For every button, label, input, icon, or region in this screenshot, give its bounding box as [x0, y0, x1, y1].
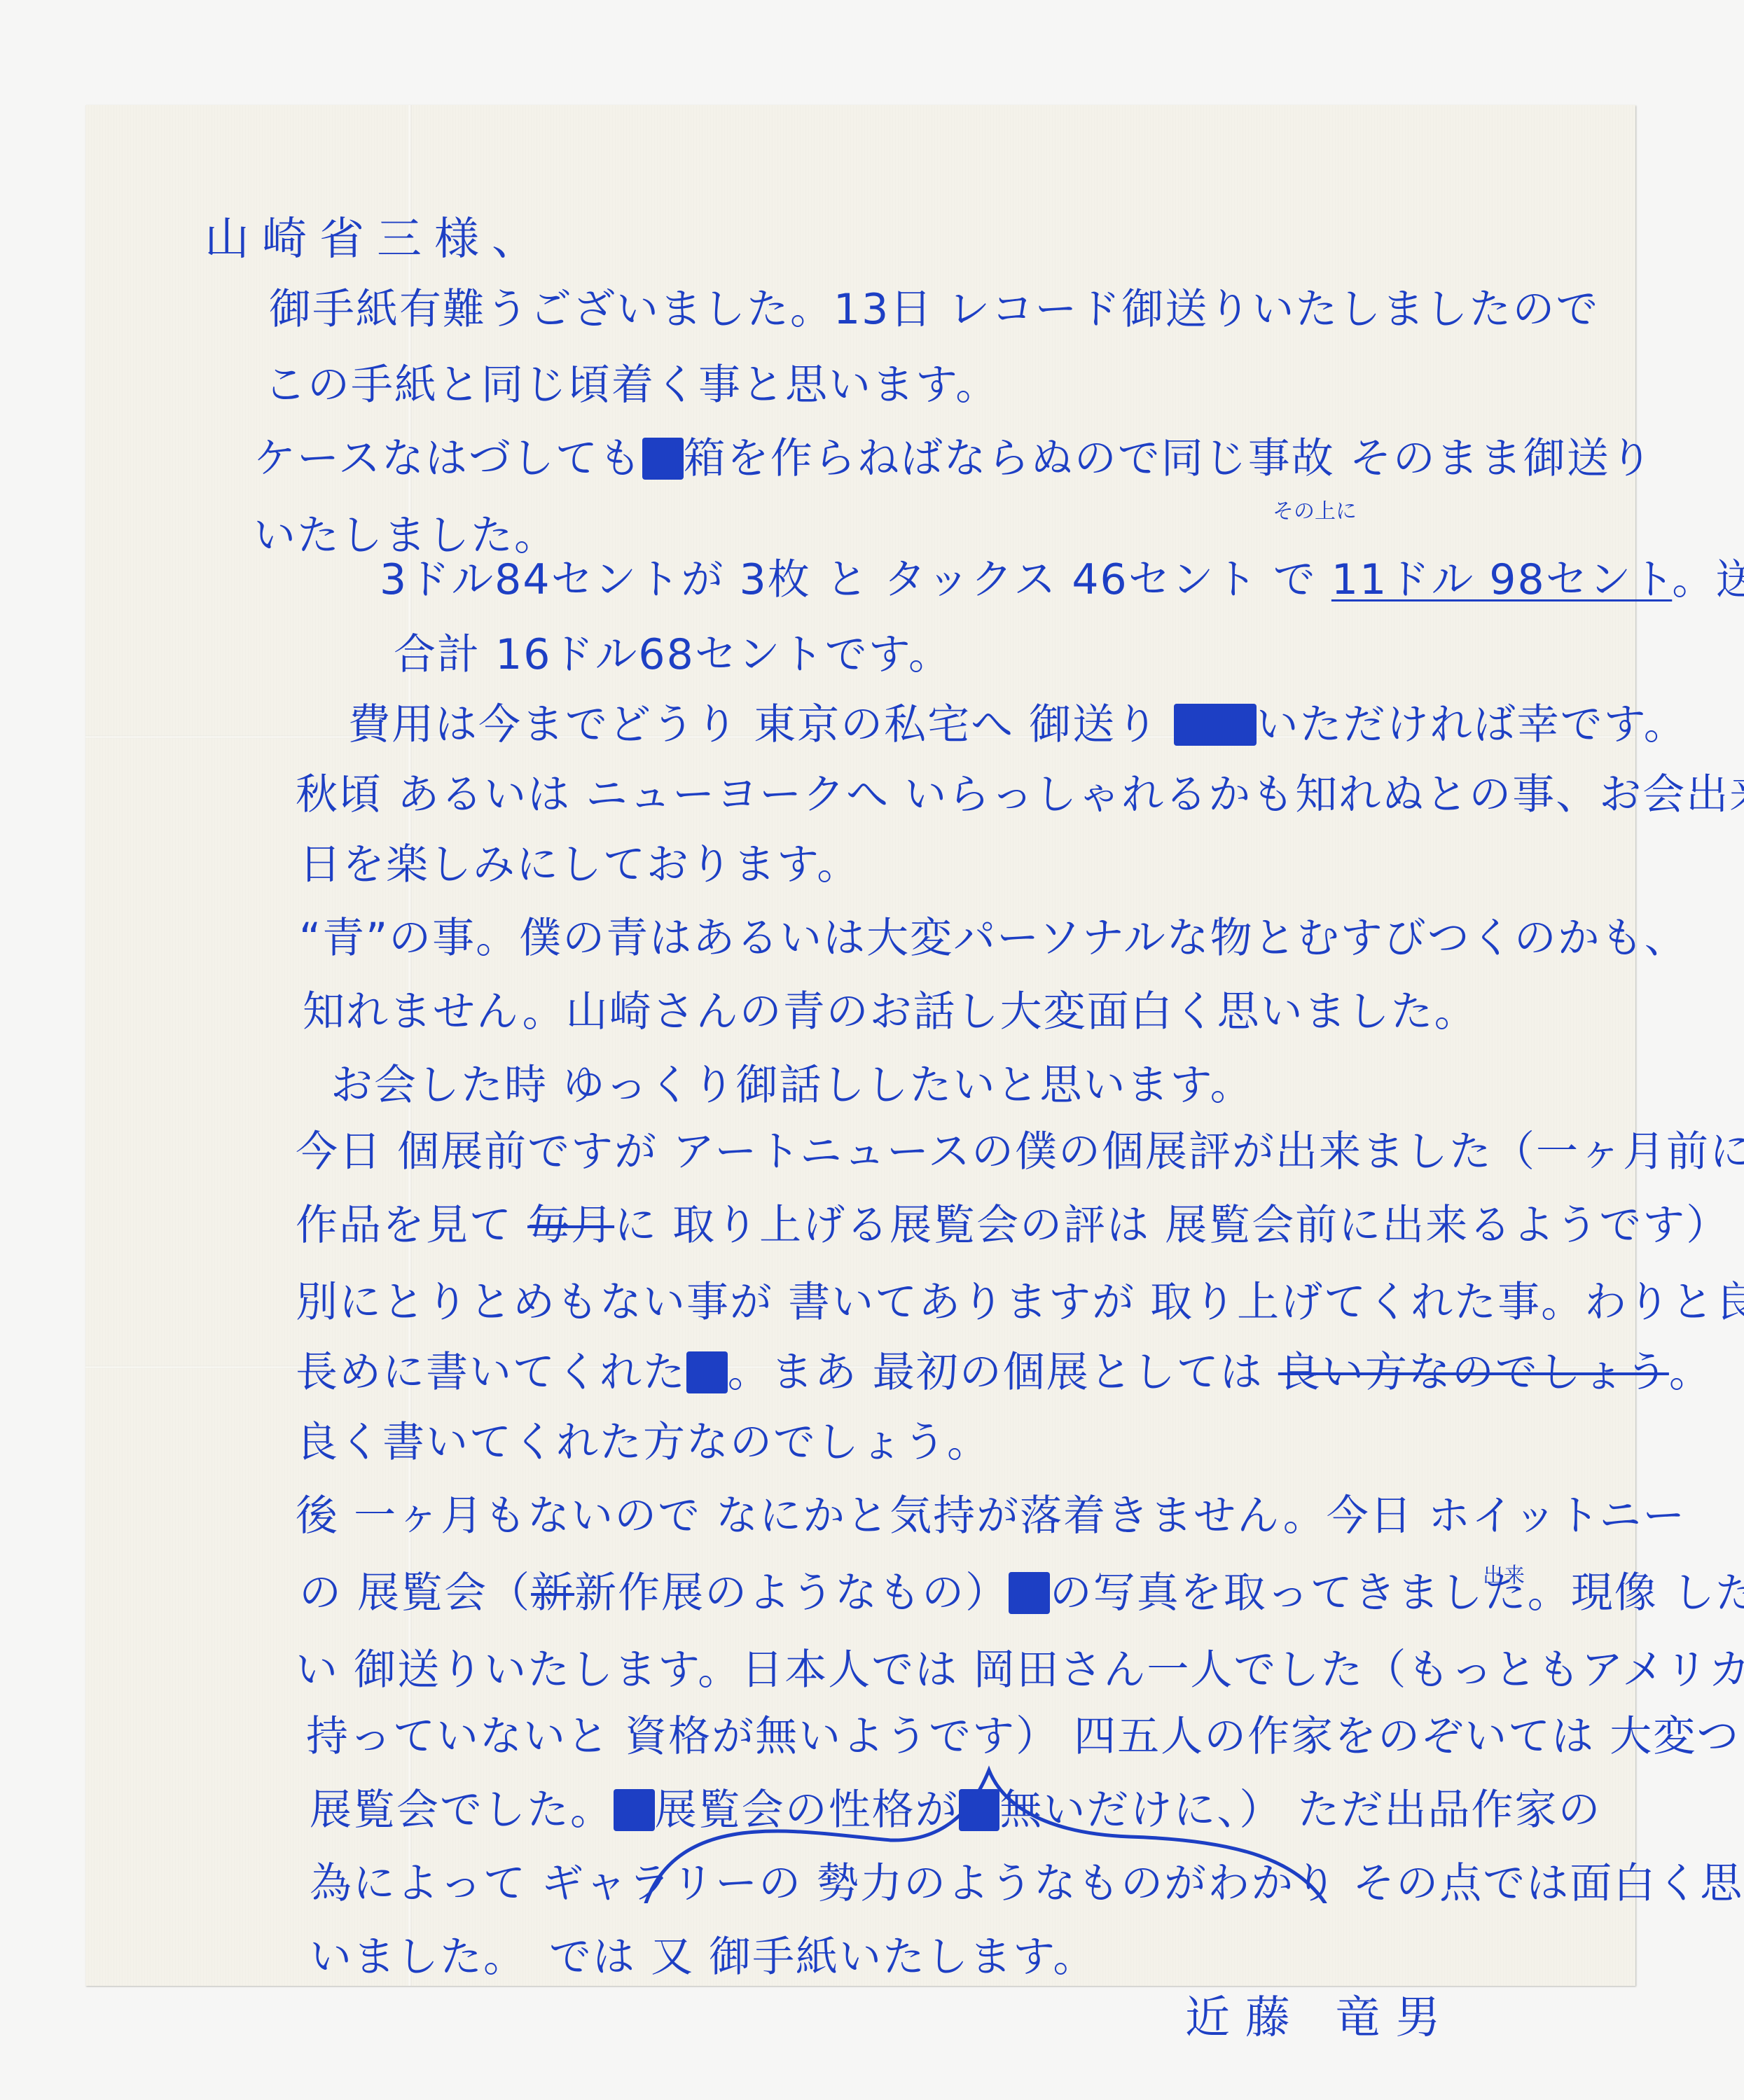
letter-line-15: 別にとりとめもない事が 書いてありますが 取り上げてくれた事。わりと良い評を [296, 1281, 1744, 1323]
struck-out-phrase: 良い方なのでしょう [1278, 1348, 1669, 1397]
letter-line-22-part-d: ただ出品作家の [1282, 1786, 1601, 1835]
letter-line-17: 良く書いてくれた方なのでしょう。 [296, 1421, 990, 1463]
letter-line-18: 後 一ヶ月もないので なにかと気持が落着きません。今日 ホイットニー [296, 1495, 1686, 1537]
letter-line-23: 為によって ギャラリーの 勢力のようなものがわかり その点では面白く思 [310, 1863, 1743, 1905]
letter-sheet: 山崎省三様、 御手紙有難うございました。13日 レコード御送りいたしましたので … [85, 105, 1635, 1986]
letter-line-14: 作品を見て 毎月に 取り上げる展覧会の評は 展覧会前に出来るようです） [296, 1204, 1729, 1246]
shipping-fee: 。送料 4ドル70セント [1672, 555, 1744, 604]
scribbled-out-mark: ■ [614, 1789, 655, 1831]
letter-line-1: 御手紙有難うございました。13日 レコード御送りいたしましたので [269, 288, 1599, 331]
letter-line-19: の 展覧会（新新作展のようなもの）■の写真を取ってきました。現像 しだ [299, 1572, 1744, 1614]
letter-line-3-part-b: 箱を作らねばならぬので同じ事故 そのまま御送り [684, 434, 1654, 483]
letter-line-7: 費用は今までどうり 東京の私宅へ 御送り ■■いただければ幸です。 [348, 704, 1687, 746]
letter-line-9: 日を楽しみにしております。 [299, 844, 860, 886]
salutation: 山崎省三様、 [205, 217, 549, 262]
letter-line-21-part-a: 持っていないと 資格が無いようです） [306, 1712, 1059, 1761]
struck-out-char: 新 [531, 1569, 574, 1618]
price-line: 3ドル84セントが 3枚 と タックス 46セント で 11ドル 98セント。送… [380, 559, 1744, 601]
letter-line-2: この手紙と同じ頃着く事と思います。 [264, 364, 999, 406]
signature: 近藤 竜男 [1185, 1996, 1455, 2040]
letter-line-3: ケースなはづしても■箱を作らねばならぬので同じ事故 そのまま御送り [254, 438, 1654, 480]
letter-line-24: いました。 では 又 御手紙いたします。 [310, 1936, 1096, 1978]
letter-line-7-part-a: 費用は今までどうり 東京の私宅へ 御送り [348, 700, 1174, 749]
letter-line-16: 長めに書いてくれた■。まあ 最初の個展としては 良い方なのでしょう。 [296, 1351, 1712, 1393]
letter-line-12: お会した時 ゆっくり御話ししたいと思います。 [331, 1064, 1254, 1106]
letter-line-14-part-a: 作品を見て [296, 1201, 527, 1250]
letter-line-16-part-d: 。 [1669, 1348, 1712, 1397]
scribbled-out-mark: ■ [642, 438, 684, 480]
letter-line-22-part-a: 展覧会でした。 [310, 1786, 614, 1835]
letter-line-22-part-b: 展覧会の性格が [655, 1786, 959, 1835]
letter-line-19-part-b: 新作展のようなもの） [574, 1569, 1009, 1618]
letter-line-22: 展覧会でした。■展覧会の性格が■無いだけに、） ただ出品作家の [310, 1789, 1601, 1831]
letter-line-10: “青”の事。僕の青はあるいは大変パーソナルな物とむすびつくのかも、 [299, 917, 1688, 959]
letter-line-8: 秋頃 あるいは ニューヨークへ いらっしゃれるかも知れぬとの事、お会出来る [296, 774, 1744, 816]
underlined-subtotal: 11ドル 98セント [1331, 555, 1672, 604]
letter-line-16-part-a: 長めに書いてくれた [296, 1348, 686, 1397]
scribbled-out-mark: ■■ [1174, 704, 1256, 746]
letter-line-16-part-b: 。まあ 最初の個展としては [728, 1348, 1278, 1397]
letter-line-19-part-c: の写真を取ってきました。現像 しだ [1050, 1569, 1744, 1618]
struck-out-word: 毎月 [527, 1201, 614, 1250]
total-line: 合計 16ドル68セントです。 [394, 634, 952, 676]
scribbled-out-mark: ■ [959, 1789, 1000, 1831]
letter-line-11: 知れません。山崎さんの青のお話し大変面白く思いました。 [303, 991, 1478, 1033]
scribbled-out-mark: ■ [686, 1351, 728, 1393]
letter-line-22-part-c: 無いだけに、） [999, 1786, 1282, 1835]
letter-line-21-part-b: 四五人の作家をのぞいては 大変つまらない [1059, 1712, 1744, 1761]
letter-line-20: い 御送りいたします。日本人では 岡田さん一人でした（もっともアメリカのシチズン… [296, 1649, 1744, 1691]
letter-line-19-part-a: の 展覧会（ [299, 1569, 531, 1618]
letter-line-3-part-a: ケースなはづしても [254, 434, 642, 483]
letter-line-14-part-b: に 取り上げる展覧会の評は 展覧会前に出来るようです） [614, 1201, 1729, 1250]
letter-line-7-part-b: いただければ幸です。 [1257, 700, 1687, 749]
insertion-note-sonoueni: その上に [1273, 494, 1357, 524]
letter-line-4: いたしました。 [254, 515, 558, 557]
scribbled-out-mark: ■ [1009, 1572, 1050, 1614]
price-line-part-a: 3ドル84セントが 3枚 と タックス 46セント で [380, 555, 1331, 604]
letter-line-13: 今日 個展前ですが アートニュースの僕の個展評が出来ました（一ヶ月前に [296, 1131, 1744, 1173]
handwritten-letter: 山崎省三様、 御手紙有難うございました。13日 レコード御送りいたしましたので … [85, 105, 1635, 1986]
letter-line-21: 持っていないと 資格が無いようです） 四五人の作家をのぞいては 大変つまらない [306, 1716, 1744, 1758]
